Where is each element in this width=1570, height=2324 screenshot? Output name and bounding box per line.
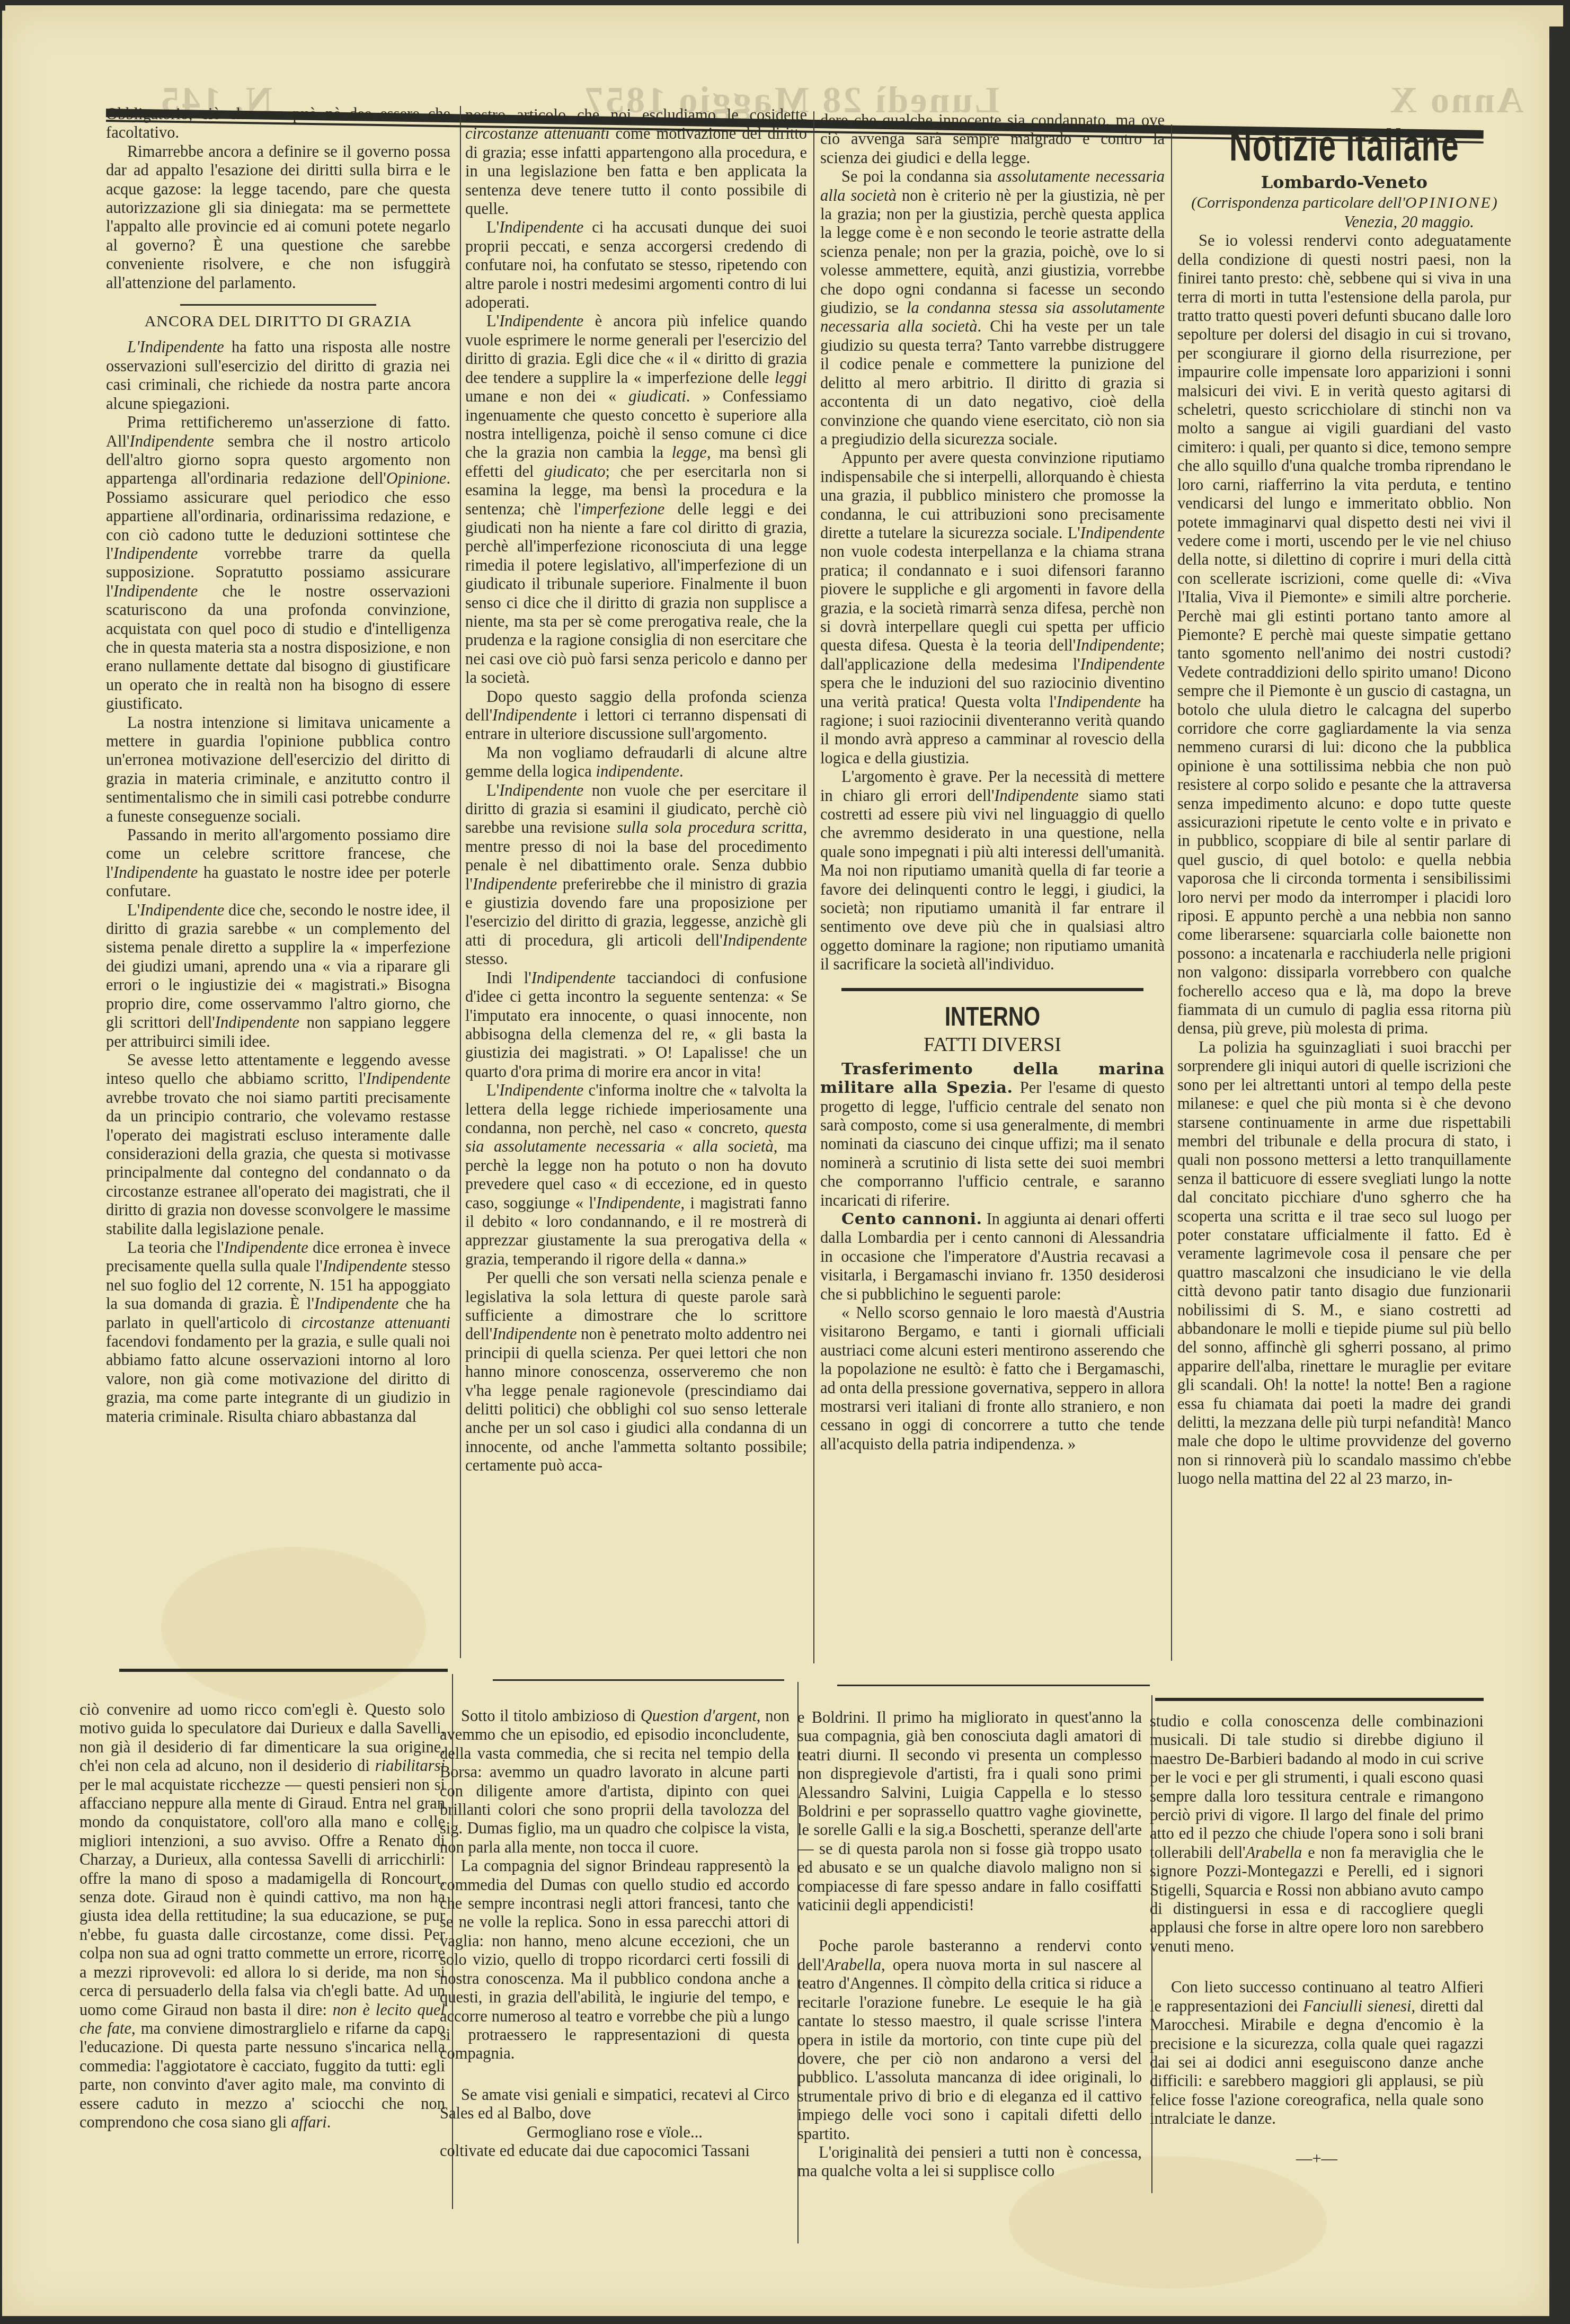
paragraph: coltivate ed educate dai due capocomici … [440,2142,790,2160]
paragraph: Ma non vogliamo defraudarli di alcune al… [465,744,807,781]
appendix-column-1: ciò convenire ad uomo ricco com'egli è. … [79,1700,445,2132]
paragraph: Prima rettificheremo un'asserzione di fa… [106,413,450,714]
paragraph: Appunto per avere questa convinzione rip… [820,449,1165,768]
paragraph: Se poi la condanna sia assolutamente nec… [820,167,1165,449]
section-title-interno: INTERNO [855,1001,1130,1032]
paragraph: Se avesse letto attentamente e leggendo … [106,1051,450,1239]
paragraph: dere che qualche innocente sia condannat… [820,111,1165,167]
paragraph: Con lieto successo continuano al teatro … [1150,1978,1484,2128]
appendix-column-3: e Boldrini. Il primo ha migliorato in qu… [797,1708,1142,2181]
paragraph: La nostra intenzione si limitava unicame… [106,714,450,826]
paper-stain [161,1547,426,1706]
correspondence-note: (Corrispondenza particolare dell'OPINION… [1177,193,1511,213]
region-heading: Lombardo-Veneto [1177,172,1511,193]
paragraph: La polizia ha sguinzagliati i suoi bracc… [1177,1038,1511,1489]
paragraph: Se amate visi geniali e simpatici, recat… [440,2086,790,2123]
appendix-rule [837,1685,1150,1686]
paragraph: Poche parole basteranno a rendervi conto… [797,1937,1142,2143]
section-rule [180,304,376,306]
masthead-ghost-year: Anno X [1388,79,1523,122]
paragraph: Passando in merito all'argomento possiam… [106,826,450,901]
paragraph: L'Indipendente ha fatto una risposta all… [106,338,450,413]
column-divider [1171,124,1172,1661]
paragraph: L'Indipendente non vuole che per esercit… [465,781,807,969]
appendix-column-4: studio e colla conoscenza delle combinaz… [1150,1712,1484,2168]
paragraph: L'argomento è grave. Per la necessità di… [820,768,1165,974]
paragraph: ciò convenire ad uomo ricco com'egli è. … [79,1700,445,2132]
column-4: Notizie Italiane Lombardo-Veneto (Corris… [1177,121,1511,1489]
paragraph: Se io volessi rendervi conto adeguatamen… [1177,231,1511,1038]
paragraph: L'Indipendente ci ha accusati dunque dei… [465,218,807,312]
paragraph: nostro articolo che noi escludiamo le co… [465,106,807,218]
column-1: Obbligatorio, ciò che non può nè dee ess… [106,105,450,1426]
appendix-rule [1155,1698,1484,1701]
news-item: Trasferimento della marina militare alla… [820,1060,1165,1210]
appendix-rule [493,1679,784,1681]
paragraph: Per quelli che son versati nella scienza… [465,1269,807,1475]
paragraph: L'originalità dei pensieri a tutti non è… [797,2143,1142,2181]
paragraph: La compagnia del signor Brindeau rappres… [440,1857,790,2063]
paragraph: L'Indipendente c'informa inoltre che « t… [465,1081,807,1269]
paragraph: studio e colla conoscenza delle combinaz… [1150,1712,1484,1956]
paragraph: Sotto il titolo ambizioso di Question d'… [440,1707,790,1857]
paragraph: Dopo questo saggio della profonda scienz… [465,688,807,744]
column-2: nostro articolo che noi escludiamo le co… [465,106,807,1475]
column-divider [460,106,461,1658]
dateline: Venezia, 20 maggio. [1177,213,1511,231]
appendix-rule [119,1669,448,1672]
paragraph: e Boldrini. Il primo ha migliorato in qu… [797,1708,1142,1915]
end-ornament: —+— [1150,2150,1484,2168]
section-subtitle-fatti-diversi: FATTI DIVERSI [820,1032,1165,1057]
paragraph: L'Indipendente è ancora più infelice qua… [465,312,807,687]
appendix-column-2: Sotto il titolo ambizioso di Question d'… [440,1707,790,2160]
news-item: Cento cannoni. In aggiunta ai denari off… [820,1210,1165,1304]
paragraph: Rimarrebbe ancora a definire se il gover… [106,143,450,292]
quotation: « Nello scorso gennaio le loro maestà d'… [820,1304,1165,1454]
paragraph: Indi l'Indipendente tacciandoci di confu… [465,969,807,1081]
paragraph: L'Indipendente dice che, secondo le nost… [106,901,450,1051]
section-title-notizie-italiane: Notizie Italiane [1228,121,1461,170]
section-title: ANCORA DEL DIRITTO DI GRAZIA [106,312,450,331]
paragraph: Obbligatorio, ciò che non può nè dee ess… [106,105,450,143]
section-rule [841,988,1143,991]
news-headline: Cento cannoni. [841,1209,982,1228]
column-divider [813,111,814,1663]
column-3: dere che qualche innocente sia condannat… [820,111,1165,1454]
verse-quote: Germogliano rose e vïole... [440,2123,790,2142]
paragraph: La teoria che l'Indipendente dice errone… [106,1239,450,1426]
